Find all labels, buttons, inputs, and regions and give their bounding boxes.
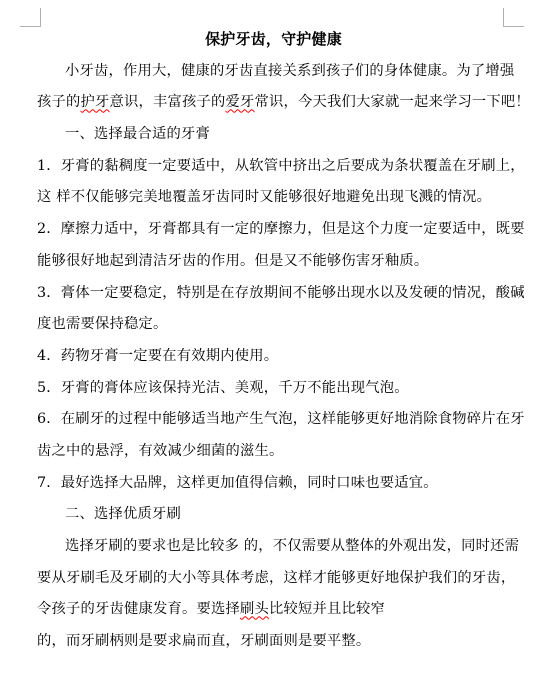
section-heading: 一、选择最合适的牙膏 (37, 119, 510, 151)
spellcheck-underline: 护牙 (81, 94, 110, 110)
paragraph-line: 孩子的护牙意识，丰富孩子的爱牙常识，今天我们大家就一起来学习一下吧！ (37, 87, 510, 119)
list-item-line: 4．药物牙膏一定要在有效期内使用。 (37, 341, 510, 373)
list-item-line: 2．摩擦力适中，牙膏都具有一定的摩擦力，但是这个力度一定要适中，既要 (37, 214, 510, 246)
list-item-line: 能够很好地起到清洁牙齿的作用。但是又不能够伤害牙釉质。 (37, 246, 510, 278)
list-item-line: 3．膏体一定要稳定，特别是在存放期间不能够出现水以及发硬的情况，酸碱 (37, 278, 510, 310)
list-item-line: 这 样不仅能够完美地覆盖牙齿同时又能够很好地避免出现飞溅的情况。 (37, 182, 510, 214)
paragraph-line: 令孩子的牙齿健康发育。要选择刷头比较短并且比较窄 (37, 594, 510, 626)
document-body: 保护牙齿，守护健康 小牙齿，作用大，健康的牙齿直接关系到孩子们的身体健康。为了增… (37, 24, 510, 658)
list-item-line: 1．牙膏的黏稠度一定要适中，从软管中挤出之后要成为条状覆盖在牙刷上， (37, 151, 510, 183)
list-item-line: 5．牙膏的膏体应该保持光洁、美观，千万不能出现气泡。 (37, 373, 510, 405)
document-page[interactable]: 保护牙齿，守护健康 小牙齿，作用大，健康的牙齿直接关系到孩子们的身体健康。为了增… (0, 0, 543, 676)
paragraph-line: 要从牙刷毛及牙刷的大小等具体考虑，这样才能够更好地保护我们的牙齿， (37, 563, 510, 595)
paragraph-line: 小牙齿，作用大，健康的牙齿直接关系到孩子们的身体健康。为了增强 (37, 56, 510, 88)
paragraph-line: 的，而牙刷柄则是要求扁而直，牙刷面则是要平整。 (37, 626, 510, 658)
text-segment: 令孩子的牙齿健康发育。要选择 (37, 601, 240, 617)
text-segment: 孩子的 (37, 94, 81, 110)
list-item-line: 齿之中的悬浮，有效减少细菌的滋生。 (37, 436, 510, 468)
text-segment: 意识，丰富孩子的 (110, 94, 226, 110)
spellcheck-underline: 爱牙 (225, 94, 254, 110)
document-title: 保护牙齿，守护健康 (37, 24, 510, 56)
section-heading: 二、选择优质牙刷 (37, 499, 510, 531)
text-segment: 比较短并且比较窄 (269, 601, 385, 617)
paragraph-line: 选择牙刷的要求也是比较多 的，不仅需要从整体的外观出发，同时还需 (37, 531, 510, 563)
list-item-line: 6．在刷牙的过程中能够适当地产生气泡，这样能够更好地消除食物碎片在牙 (37, 404, 510, 436)
list-item-line: 度也需要保持稳定。 (37, 309, 510, 341)
spellcheck-underline: 刷头 (240, 601, 269, 617)
list-item-line: 7．最好选择大品牌，这样更加值得信赖，同时口味也要适宜。 (37, 468, 510, 500)
text-segment: 常识，今天我们大家就一起来学习一下吧！ (254, 94, 529, 110)
